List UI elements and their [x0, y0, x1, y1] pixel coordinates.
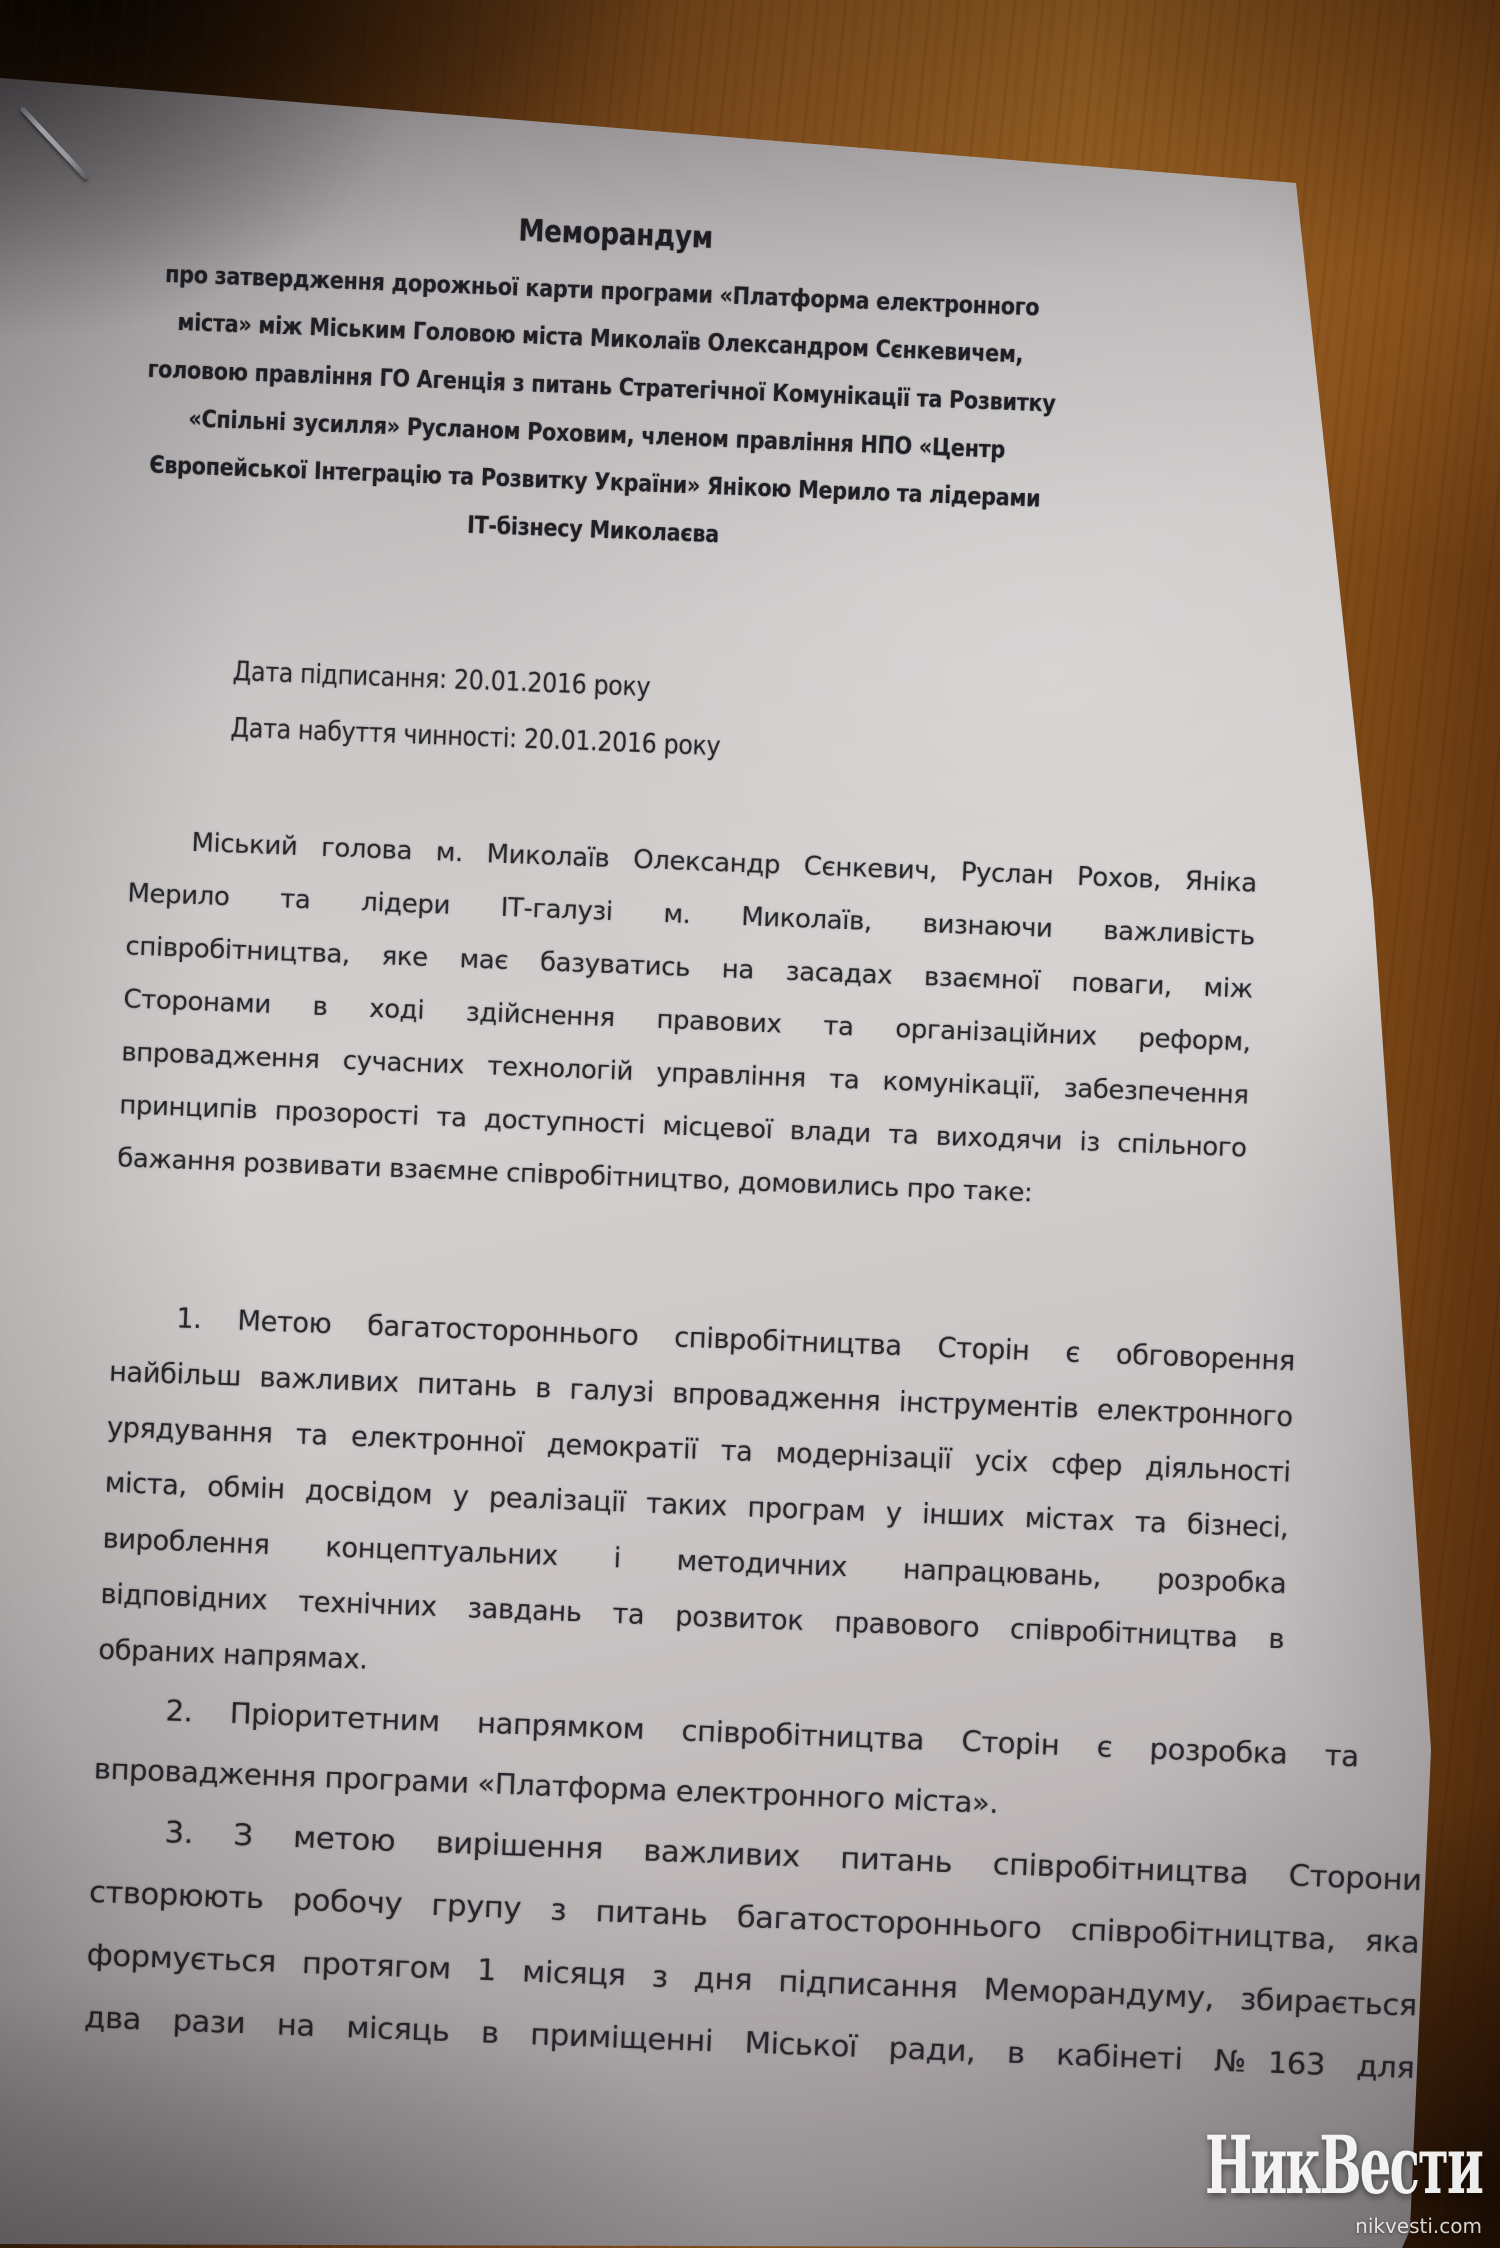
photo-scene: Меморандум про затвердження дорожньої ка… — [0, 0, 1500, 2248]
intro-paragraph: Міський голова м. Миколаїв Олександр Сєн… — [116, 814, 1257, 1228]
clause-3: 3. З метою вирішення важливих питань спі… — [83, 1799, 1423, 2101]
clause-1: 1. Метою багатостороннього співробітницт… — [97, 1289, 1295, 1724]
document-subtitle: про затвердження дорожньої карти програм… — [141, 250, 1054, 571]
document-page: Меморандум про затвердження дорожньої ка… — [0, 0, 1500, 2248]
document-content: Меморандум про затвердження дорожньої ка… — [84, 100, 1285, 2066]
document-dates: Дата підписання: 20.01.2016 року Дата на… — [133, 640, 1129, 792]
